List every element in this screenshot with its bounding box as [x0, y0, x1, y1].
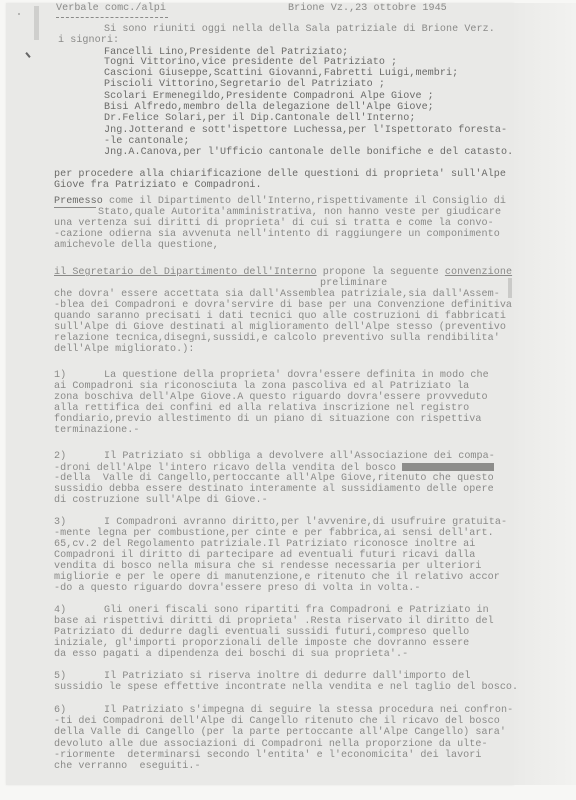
margin-mark: [34, 6, 39, 40]
attendee: Dr.Felice Solari,per il Dip.Cantonale de…: [104, 114, 415, 125]
document-reference: Verbale comc./alpi: [56, 4, 166, 15]
proposal-heading: il Segretario del Dipartimento dell'Inte…: [54, 268, 512, 279]
clause-line: terminazione.-: [54, 426, 140, 437]
header-underline: [56, 17, 168, 18]
purpose-line: Giove fra Patriziato e Compadroni.: [54, 181, 262, 192]
clause-line: Il Patriziato si obbliga a devolvere all…: [104, 452, 495, 463]
intro-line: i signori:: [58, 36, 119, 47]
clause-line: da esso pagati a dipendenza dei boschi d…: [54, 650, 408, 661]
margin-mark: [18, 13, 20, 15]
proposal-subject: il Segretario del Dipartimento dell'Inte…: [54, 267, 317, 278]
clause-line: sussidio le spese effettive incontrate n…: [54, 683, 518, 694]
clause-number: 2): [54, 452, 66, 463]
proposal-line: dell'Alpe migliorato.):: [54, 345, 194, 356]
premise-text: come il Dipartimento dell'Interno,rispet…: [103, 196, 506, 207]
page-margin: [514, 3, 576, 785]
clause-line: -do a questo riguardo dovra'essere preso…: [54, 584, 420, 595]
premise-line: amichevole della questione,: [54, 241, 219, 252]
place-date: Brione Vz.,23 ottobre 1945: [288, 4, 447, 15]
clause-line: che verranno eseguiti.-: [54, 762, 201, 773]
clause-line: di costruzione sull'Alpe di Giove.-: [54, 496, 268, 507]
intro-line: Si sono riuniti oggi nella della Sala pa…: [104, 25, 495, 36]
attendee: Jng.A.Canova,per l'Ufficio cantonale del…: [104, 148, 513, 159]
redacted-text: [402, 463, 494, 471]
proposal-object: convenzione: [445, 267, 512, 278]
premise-dash: [54, 207, 96, 208]
premise-lead: Premesso: [54, 196, 103, 207]
attendee: Piscioli Vittorino,Segretario del Patriz…: [104, 80, 385, 91]
clause-line: della Valle di Cangello (per la parte pe…: [54, 728, 506, 739]
margin-mark: [508, 278, 512, 298]
proposal-verb: propone la seguente: [317, 267, 445, 278]
